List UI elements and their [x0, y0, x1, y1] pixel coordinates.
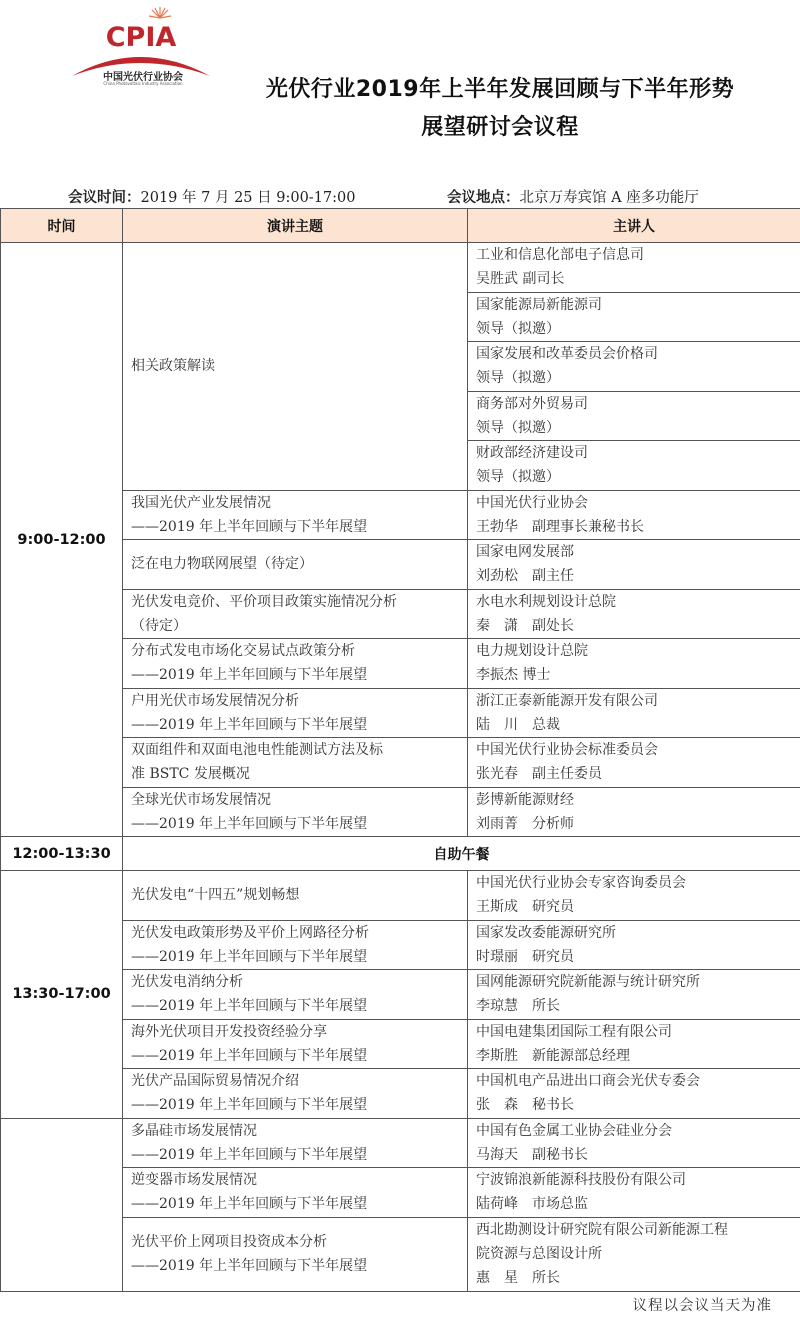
- topic-line: 海外光伏项目开发投资经验分享: [131, 1020, 459, 1044]
- speaker-cell: 商务部对外贸易司领导（拟邀）: [468, 391, 800, 441]
- speaker-org: 水电水利规划设计总院: [476, 590, 792, 614]
- speaker-org: 国家发展和改革委员会价格司: [476, 342, 792, 366]
- speaker-name: 马海天 副秘书长: [476, 1143, 792, 1167]
- meeting-time-value: 2019 年 7 月 25 日 9:00-17:00: [141, 190, 356, 206]
- meeting-place-value: 北京万寿宾馆 A 座多功能厅: [520, 190, 699, 206]
- topic-cell: 光伏发电“十四五”规划畅想: [123, 871, 468, 921]
- topic-subtitle: 准 BSTC 发展概况: [131, 762, 459, 786]
- topic-subtitle: ——2019 年上半年回顾与下半年展望: [131, 1044, 459, 1068]
- topic-cell: 双面组件和双面电池电性能测试方法及标准 BSTC 发展概况: [123, 738, 468, 788]
- speaker-org: 中国光伏行业协会标准委员会: [476, 738, 792, 762]
- speaker-name: 张 森 秘书长: [476, 1093, 792, 1117]
- topic-line: 逆变器市场发展情况: [131, 1168, 459, 1192]
- topic-line: 光伏产品国际贸易情况介绍: [131, 1069, 459, 1093]
- session-time: 13:30-17:00: [1, 871, 123, 1119]
- topic-line: 分布式发电市场化交易试点政策分析: [131, 639, 459, 663]
- lunch-cell: 自助午餐: [123, 837, 800, 871]
- speaker-name: 李振杰 博士: [476, 663, 792, 687]
- speaker-name: 李琼慧 所长: [476, 994, 792, 1018]
- speaker-name: 领导（拟邀）: [476, 366, 792, 390]
- speaker-cell: 中国机电产品进出口商会光伏专委会张 森 秘书长: [468, 1069, 800, 1119]
- speaker-cell: 国家发改委能源研究所时璟丽 研究员: [468, 920, 800, 970]
- table-row: 多晶硅市场发展情况——2019 年上半年回顾与下半年展望 中国有色金属工业协会硅…: [1, 1118, 800, 1168]
- footnote: 议程以会议当天为准: [633, 1294, 773, 1315]
- speaker-cell: 电力规划设计总院李振杰 博士: [468, 639, 800, 689]
- topic-line: 泛在电力物联网展望（待定）: [131, 552, 459, 576]
- topic-cell: 光伏发电竞价、平价项目政策实施情况分析（待定）: [123, 589, 468, 639]
- speaker-cell: 西北勘测设计研究院有限公司新能源工程院资源与总图设计所惠 星 所长: [468, 1217, 800, 1291]
- speaker-org: 西北勘测设计研究院有限公司新能源工程: [476, 1218, 792, 1242]
- speaker-cell: 水电水利规划设计总院秦 潇 副处长: [468, 589, 800, 639]
- column-header-topic: 演讲主题: [123, 209, 468, 243]
- speaker-cell: 彭博新能源财经刘雨菁 分析师: [468, 787, 800, 837]
- speaker-org: 商务部对外贸易司: [476, 392, 792, 416]
- meeting-time: 会议时间：2019 年 7 月 25 日 9:00-17:00: [68, 186, 355, 207]
- speaker-org: 国家能源局新能源司: [476, 293, 792, 317]
- topic-cell: 相关政策解读: [123, 243, 468, 491]
- speaker-name: 李斯胜 新能源部总经理: [476, 1044, 792, 1068]
- topic-cell: 光伏产品国际贸易情况介绍——2019 年上半年回顾与下半年展望: [123, 1069, 468, 1119]
- page-title-line1: 光伏行业2019年上半年发展回顾与下半年形势: [220, 72, 780, 103]
- topic-subtitle: ——2019 年上半年回顾与下半年展望: [131, 663, 459, 687]
- speaker-cell: 国网能源研究院新能源与统计研究所李琼慧 所长: [468, 970, 800, 1020]
- speaker-cell: 中国光伏行业协会标准委员会张光春 副主任委员: [468, 738, 800, 788]
- speaker-name: 时璟丽 研究员: [476, 945, 792, 969]
- speaker-cell: 中国有色金属工业协会硅业分会马海天 副秘书长: [468, 1118, 800, 1168]
- session-time: [1, 1118, 123, 1291]
- speaker-org: 国家发改委能源研究所: [476, 921, 792, 945]
- speaker-cell: 中国光伏行业协会王勃华 副理事长兼秘书长: [468, 490, 800, 540]
- speaker-name: 张光春 副主任委员: [476, 762, 792, 786]
- meeting-time-label: 会议时间：: [68, 190, 141, 206]
- topic-cell: 光伏平价上网项目投资成本分析——2019 年上半年回顾与下半年展望: [123, 1217, 468, 1291]
- speaker-name: 陆荷峰 市场总监: [476, 1192, 792, 1216]
- speaker-cell: 国家电网发展部刘劲松 副主任: [468, 540, 800, 590]
- topic-subtitle: （待定）: [131, 614, 459, 638]
- meeting-place: 会议地点：北京万寿宾馆 A 座多功能厅: [447, 186, 699, 207]
- session-time: 12:00-13:30: [1, 837, 123, 871]
- speaker-cell: 中国光伏行业协会专家咨询委员会王斯成 研究员: [468, 871, 800, 921]
- topic-line: 光伏发电竞价、平价项目政策实施情况分析: [131, 590, 459, 614]
- table-row: 9:00-12:00 相关政策解读 工业和信息化部电子信息司吴胜武 副司长: [1, 243, 800, 293]
- topic-cell: 户用光伏市场发展情况分析——2019 年上半年回顾与下半年展望: [123, 688, 468, 738]
- speaker-org: 国家电网发展部: [476, 540, 792, 564]
- topic-line: 光伏发电消纳分析: [131, 970, 459, 994]
- speaker-org: 电力规划设计总院: [476, 639, 792, 663]
- lunch-row: 12:00-13:30 自助午餐: [1, 837, 800, 871]
- topic-subtitle: ——2019 年上半年回顾与下半年展望: [131, 713, 459, 737]
- speaker-name: 惠 星 所长: [476, 1266, 792, 1290]
- speaker-org: 中国光伏行业协会: [476, 491, 792, 515]
- topic-subtitle: ——2019 年上半年回顾与下半年展望: [131, 1093, 459, 1117]
- topic-subtitle: ——2019 年上半年回顾与下半年展望: [131, 515, 459, 539]
- column-header-speaker: 主讲人: [468, 209, 800, 243]
- speaker-name: 刘劲松 副主任: [476, 564, 792, 588]
- speaker-name: 秦 潇 副处长: [476, 614, 792, 638]
- topic-subtitle: ——2019 年上半年回顾与下半年展望: [131, 1192, 459, 1216]
- topic-line: 我国光伏产业发展情况: [131, 491, 459, 515]
- topic-line: 光伏平价上网项目投资成本分析: [131, 1230, 459, 1254]
- topic-subtitle: ——2019 年上半年回顾与下半年展望: [131, 1143, 459, 1167]
- speaker-cell: 国家能源局新能源司领导（拟邀）: [468, 292, 800, 342]
- speaker-cell: 宁波锦浪新能源科技股份有限公司陆荷峰 市场总监: [468, 1168, 800, 1218]
- topic-cell: 光伏发电政策形势及平价上网路径分析——2019 年上半年回顾与下半年展望: [123, 920, 468, 970]
- topic-line: 光伏发电政策形势及平价上网路径分析: [131, 921, 459, 945]
- topic-cell: 光伏发电消纳分析——2019 年上半年回顾与下半年展望: [123, 970, 468, 1020]
- speaker-name: 领导（拟邀）: [476, 317, 792, 341]
- speaker-name: 吴胜武 副司长: [476, 267, 792, 291]
- speaker-cell: 中国电建集团国际工程有限公司李斯胜 新能源部总经理: [468, 1019, 800, 1069]
- topic-subtitle: ——2019 年上半年回顾与下半年展望: [131, 994, 459, 1018]
- topic-subtitle: ——2019 年上半年回顾与下半年展望: [131, 1254, 459, 1278]
- cpia-logo: CPIA 中国光伏行业协会 China Photovoltaic Industr…: [70, 4, 212, 88]
- speaker-org: 彭博新能源财经: [476, 788, 792, 812]
- topic-line: 户用光伏市场发展情况分析: [131, 689, 459, 713]
- agenda-table: 时间 演讲主题 主讲人 9:00-12:00 相关政策解读 工业和信息化部电子信…: [0, 208, 800, 1292]
- topic-line: 全球光伏市场发展情况: [131, 788, 459, 812]
- speaker-name: 王勃华 副理事长兼秘书长: [476, 515, 792, 539]
- speaker-name: 领导（拟邀）: [476, 465, 792, 489]
- topic-line: 多晶硅市场发展情况: [131, 1119, 459, 1143]
- speaker-org: 中国电建集团国际工程有限公司: [476, 1020, 792, 1044]
- speaker-name: 领导（拟邀）: [476, 416, 792, 440]
- speaker-org: 工业和信息化部电子信息司: [476, 243, 792, 267]
- topic-cell: 逆变器市场发展情况——2019 年上半年回顾与下半年展望: [123, 1168, 468, 1218]
- speaker-name: 陆 川 总裁: [476, 713, 792, 737]
- meeting-place-label: 会议地点：: [447, 190, 520, 206]
- session-time: 9:00-12:00: [1, 243, 123, 837]
- topic-subtitle: ——2019 年上半年回顾与下半年展望: [131, 945, 459, 969]
- topic-line: 光伏发电“十四五”规划畅想: [131, 883, 459, 907]
- speaker-org: 中国机电产品进出口商会光伏专委会: [476, 1069, 792, 1093]
- speaker-cell: 工业和信息化部电子信息司吴胜武 副司长: [468, 243, 800, 293]
- speaker-cell: 浙江正泰新能源开发有限公司陆 川 总裁: [468, 688, 800, 738]
- speaker-name: 王斯成 研究员: [476, 895, 792, 919]
- topic-cell: 全球光伏市场发展情况——2019 年上半年回顾与下半年展望: [123, 787, 468, 837]
- speaker-org: 中国光伏行业协会专家咨询委员会: [476, 871, 792, 895]
- svg-text:CPIA: CPIA: [106, 22, 177, 53]
- topic-cell: 我国光伏产业发展情况——2019 年上半年回顾与下半年展望: [123, 490, 468, 540]
- table-header-row: 时间 演讲主题 主讲人: [1, 209, 800, 243]
- speaker-org: 浙江正泰新能源开发有限公司: [476, 689, 792, 713]
- speaker-org: 宁波锦浪新能源科技股份有限公司: [476, 1168, 792, 1192]
- topic-line: 相关政策解读: [131, 354, 459, 378]
- table-row: 13:30-17:00 光伏发电“十四五”规划畅想 中国光伏行业协会专家咨询委员…: [1, 871, 800, 921]
- speaker-org: 国网能源研究院新能源与统计研究所: [476, 970, 792, 994]
- speaker-org: 中国有色金属工业协会硅业分会: [476, 1119, 792, 1143]
- topic-line: 双面组件和双面电池电性能测试方法及标: [131, 738, 459, 762]
- topic-cell: 海外光伏项目开发投资经验分享——2019 年上半年回顾与下半年展望: [123, 1019, 468, 1069]
- page-title-line2: 展望研讨会议程: [220, 110, 780, 141]
- topic-subtitle: ——2019 年上半年回顾与下半年展望: [131, 812, 459, 836]
- logo-name-en: China Photovoltaic Industry Association: [98, 81, 188, 86]
- topic-cell: 分布式发电市场化交易试点政策分析——2019 年上半年回顾与下半年展望: [123, 639, 468, 689]
- topic-cell: 多晶硅市场发展情况——2019 年上半年回顾与下半年展望: [123, 1118, 468, 1168]
- topic-cell: 泛在电力物联网展望（待定）: [123, 540, 468, 590]
- speaker-org-cont: 院资源与总图设计所: [476, 1242, 792, 1266]
- speaker-org: 财政部经济建设司: [476, 441, 792, 465]
- speaker-cell: 财政部经济建设司领导（拟邀）: [468, 441, 800, 491]
- column-header-time: 时间: [1, 209, 123, 243]
- speaker-cell: 国家发展和改革委员会价格司领导（拟邀）: [468, 342, 800, 392]
- speaker-name: 刘雨菁 分析师: [476, 812, 792, 836]
